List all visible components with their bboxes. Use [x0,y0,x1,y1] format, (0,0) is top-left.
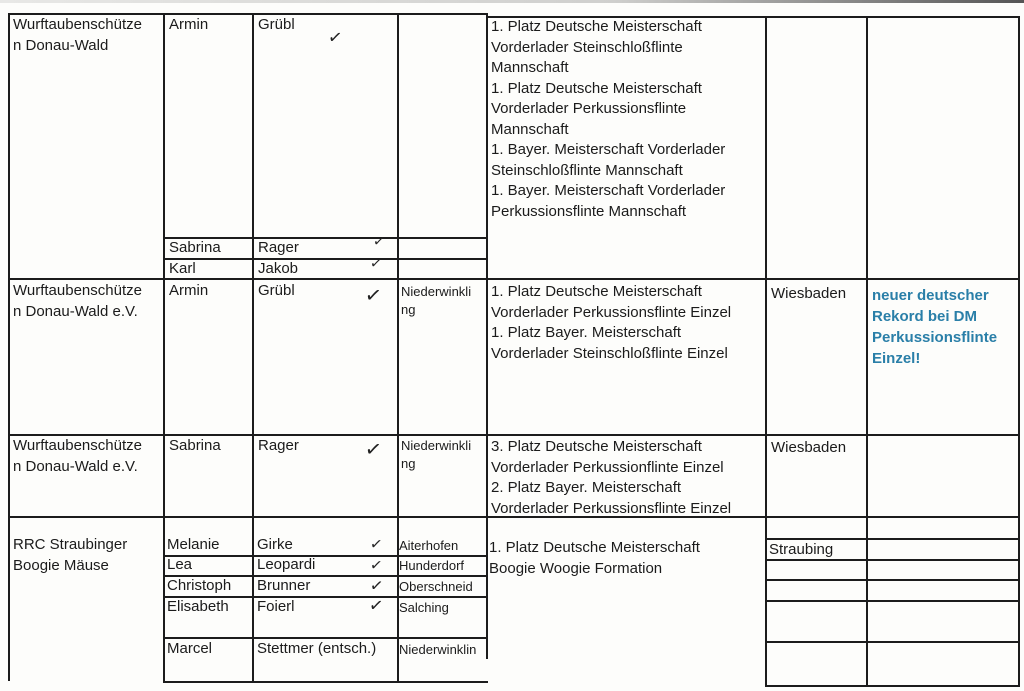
member-last-name: Leopardi [257,555,315,576]
row-divider [765,579,1020,581]
table-border-bottom [765,685,1020,687]
check-icon: ✓ [369,555,384,575]
row-divider [8,278,1020,280]
check-icon: ✓ [363,282,383,308]
event-location: Wiesbaden [771,438,846,459]
row-divider [765,641,1020,643]
col-divider [252,13,254,682]
col-divider [866,16,868,686]
member-last-name: Rager [258,436,299,457]
member-last-name: Foierl [257,597,295,618]
member-town: Aiterhofen [399,537,458,555]
check-icon: ✓ [369,255,383,272]
col-divider [486,13,488,659]
member-last-name: Jakob [258,259,298,280]
record-note: neuer deutscher Rekord bei DM Perkussion… [872,285,997,369]
member-last-name: Brunner [257,576,310,597]
member-last-name: Grübl [258,15,295,36]
col-divider [8,13,10,681]
member-town: Niederwinklin [399,641,485,659]
col-divider [765,16,767,686]
club-name: Wurftaubenschütze n Donau-Wald [13,15,142,56]
check-icon: ✓ [369,534,384,554]
club-name: Wurftaubenschütze n Donau-Wald e.V. [13,281,142,322]
achievement-text: 1. Platz Deutsche Meisterschaft Vorderla… [491,282,731,364]
achievement-text: 3. Platz Deutsche Meisterschaft Vorderla… [491,437,731,519]
check-icon: ✓ [372,233,386,250]
member-last-name: Girke [257,535,293,556]
member-first-name: Marcel [167,639,212,660]
club-name: RRC Straubinger Boogie Mäuse [13,535,127,576]
member-last-name: Stettmer (entsch.) [257,639,376,660]
member-first-name: Melanie [167,535,220,556]
member-town: Salching [399,599,449,617]
row-divider [8,434,1020,436]
member-first-name: Lea [167,555,192,576]
table-border-bottom [163,681,488,683]
club-name: Wurftaubenschütze n Donau-Wald e.V. [13,436,142,477]
member-town: Niederwinkli ng [401,437,471,473]
member-first-name: Christoph [167,576,231,597]
member-first-name: Sabrina [169,238,221,259]
achievement-text: 1. Platz Deutsche Meisterschaft Boogie W… [489,538,700,579]
member-first-name: Karl [169,259,196,280]
check-icon: ✓ [327,27,344,49]
event-location: Wiesbaden [771,284,846,305]
event-location: Straubing [769,540,833,561]
scan-edge-shadow [0,0,1024,3]
member-town: Niederwinkli ng [401,283,471,319]
member-first-name: Elisabeth [167,597,229,618]
col-divider [163,13,165,682]
member-town: Oberschneid [399,578,473,596]
member-town: Hunderdorf [399,557,464,575]
member-last-name: Rager [258,238,299,259]
member-first-name: Armin [169,15,208,36]
member-first-name: Armin [169,281,208,302]
check-icon: ✓ [363,436,383,462]
check-icon: ✓ [369,575,385,596]
member-last-name: Grübl [258,281,295,302]
col-divider [1018,16,1020,686]
achievement-text: 1. Platz Deutsche Meisterschaft Vorderla… [491,17,725,222]
member-first-name: Sabrina [169,436,221,457]
check-icon: ✓ [368,595,385,617]
row-divider [765,600,1020,602]
